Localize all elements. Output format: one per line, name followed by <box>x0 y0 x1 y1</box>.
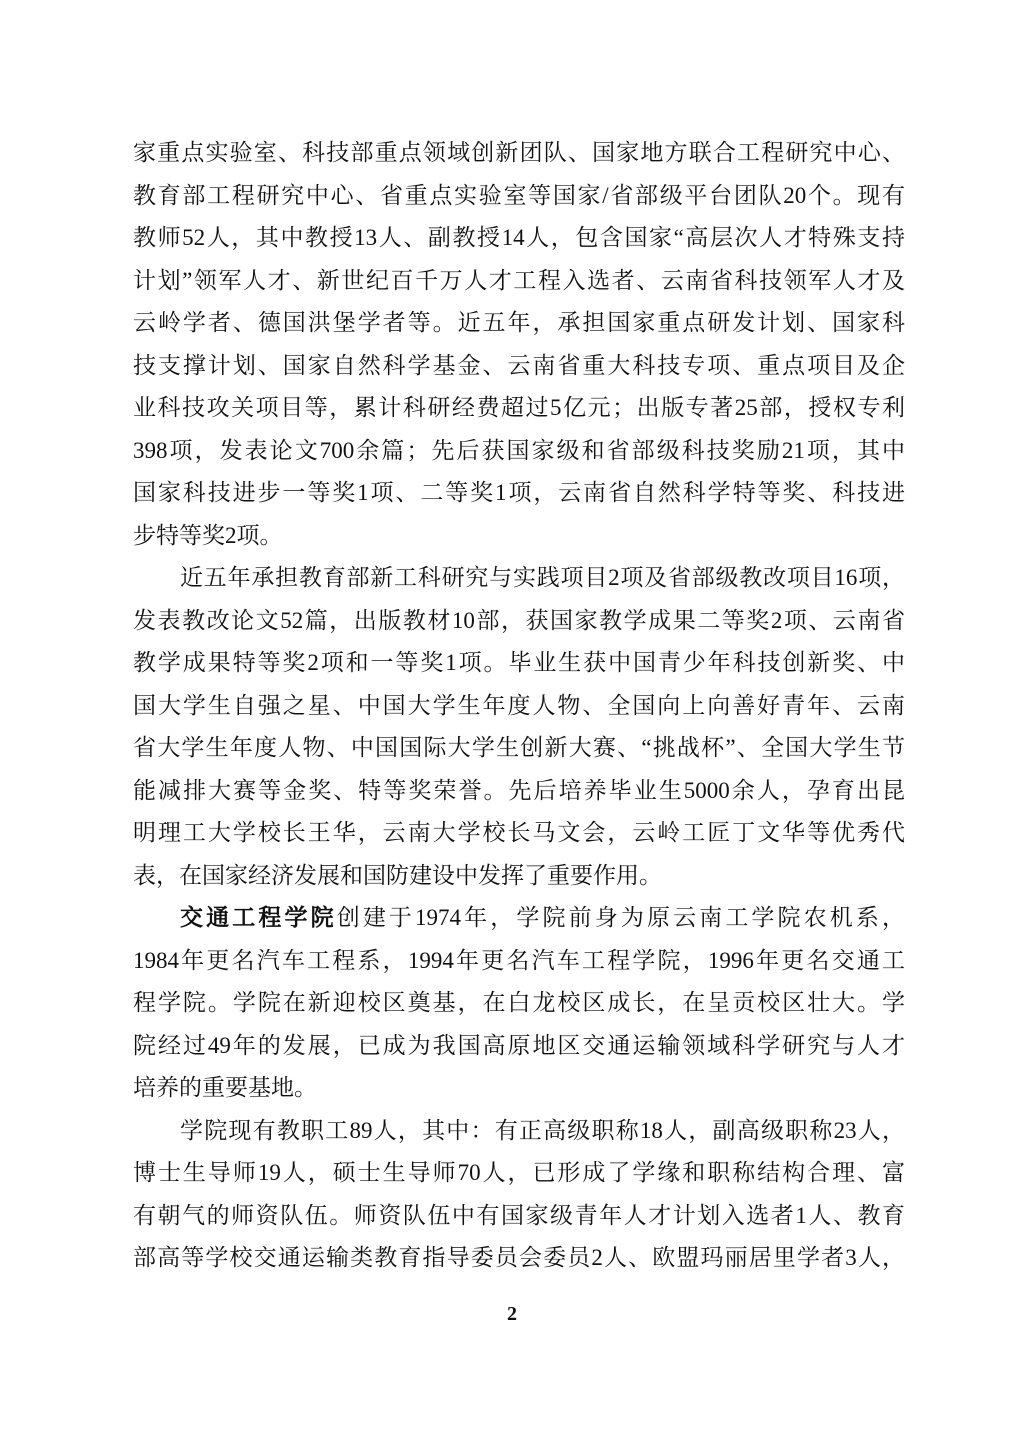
text-line: 云岭学者、德国洪堡学者等。近五年，承担国家重点研发计划、国家科 <box>133 302 905 345</box>
document-page: 家重点实验室、科技部重点领域创新团队、国家地方联合工程研究中心、教育部工程研究中… <box>0 0 1024 1447</box>
text-line: 1984年更名汽车工程系，1994年更名汽车工程学院，1996年更名交通工 <box>133 940 905 983</box>
text-line: 近五年承担教育部新工科研究与实践项目2项及省部级教改项目16项， <box>133 557 905 600</box>
text-line: 博士生导师19人，硕士生导师70人，已形成了学缘和职称结构合理、富 <box>133 1152 905 1195</box>
text-block: 家重点实验室、科技部重点领域创新团队、国家地方联合工程研究中心、教育部工程研究中… <box>133 132 905 1280</box>
text-line: 明理工大学校长王华，云南大学校长马文会，云岭工匠丁文华等优秀代 <box>133 812 905 855</box>
text-line: 交通工程学院创建于1974年，学院前身为原云南工学院农机系， <box>133 897 905 940</box>
text-line: 计划”领军人才、新世纪百千万人才工程入选者、云南省科技领军人才及 <box>133 260 905 303</box>
text-line: 表，在国家经济发展和国防建设中发挥了重要作用。 <box>133 855 905 898</box>
text-line: 省大学生年度人物、中国国际大学生创新大赛、“挑战杯”、全国大学生节 <box>133 727 905 770</box>
text-line: 有朝气的师资队伍。师资队伍中有国家级青年人才计划入选者1人、教育 <box>133 1195 905 1238</box>
text-line: 教师52人，其中教授13人、副教授14人，包含国家“高层次人才特殊支持 <box>133 217 905 260</box>
text-line: 技支撑计划、国家自然科学基金、云南省重大科技专项、重点项目及企 <box>133 345 905 388</box>
text-line: 国家科技进步一等奖1项、二等奖1项，云南省自然科学特等奖、科技进 <box>133 472 905 515</box>
text-line: 教学成果特等奖2项和一等奖1项。毕业生获中国青少年科技创新奖、中 <box>133 642 905 685</box>
text-line: 业科技攻关项目等，累计科研经费超过5亿元；出版专著25部，授权专利 <box>133 387 905 430</box>
text-line: 程学院。学院在新迎校区奠基，在白龙校区成长，在呈贡校区壮大。学 <box>133 982 905 1025</box>
page-number: 2 <box>507 1303 517 1325</box>
section-heading: 交通工程学院 <box>180 905 337 930</box>
text-line: 398项，发表论文700余篇；先后获国家级和省部级科技奖励21项，其中 <box>133 430 905 473</box>
text-line: 部高等学校交通运输类教育指导委员会委员2人、欧盟玛丽居里学者3人， <box>133 1237 905 1280</box>
text-line: 培养的重要基地。 <box>133 1067 905 1110</box>
text-line: 步特等奖2项。 <box>133 515 905 558</box>
text-line: 家重点实验室、科技部重点领域创新团队、国家地方联合工程研究中心、 <box>133 132 905 175</box>
page-footer: 2 <box>0 1303 1024 1326</box>
text-line: 院经过49年的发展，已成为我国高原地区交通运输领域科学研究与人才 <box>133 1025 905 1068</box>
text-line: 教育部工程研究中心、省重点实验室等国家/省部级平台团队20个。现有 <box>133 175 905 218</box>
text-line: 发表教改论文52篇，出版教材10部，获国家教学成果二等奖2项、云南省 <box>133 600 905 643</box>
text-line: 能减排大赛等金奖、特等奖荣誉。先后培养毕业生5000余人，孕育出昆 <box>133 770 905 813</box>
text-line: 国大学生自强之星、中国大学生年度人物、全国向上向善好青年、云南 <box>133 685 905 728</box>
text-line: 学院现有教职工89人，其中：有正高级职称18人，副高级职称23人， <box>133 1110 905 1153</box>
